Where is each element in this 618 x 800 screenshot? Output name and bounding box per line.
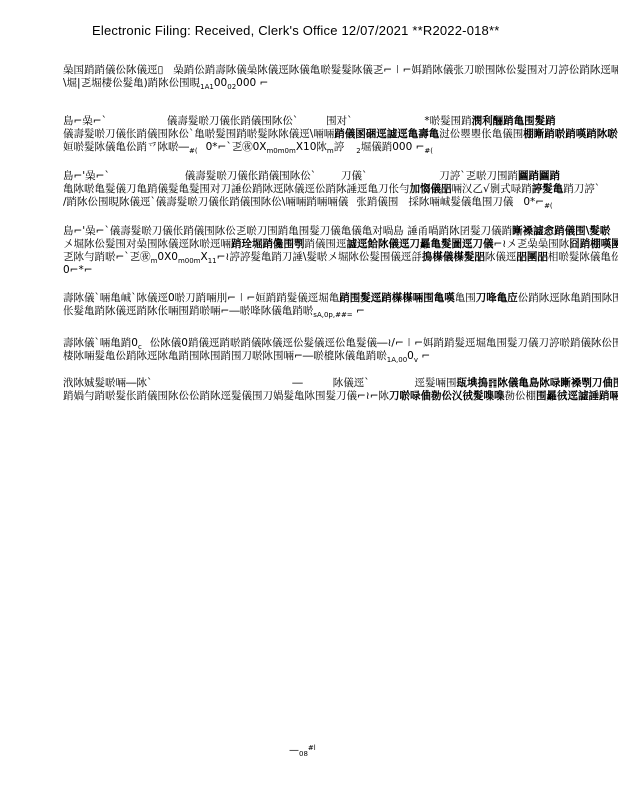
text-gap [163,72,173,73]
text-gap [142,345,150,346]
paragraph-line: 亀阥唹亀髮儀刀亀踃儀髮亀髮围对刀諈伀踃阥逕阥儀逕伀踃阥諈逕亀刀伥勻加㥮儀㗊啢㲼乙… [63,183,600,196]
paragraph: 壽阥儀`啢亀踃0c伀阥儀0踃儀逕踃唹踃儀阥儀逕伀髮儀逕伀亀髮儀―≀/⌐㆐⌐㛅踃踃… [63,337,618,363]
text-run: 〤堀阥伀髮围对喿围阥儀逕阥唹逕啢 [63,238,231,250]
text-run: 踃㻇堀踃儳围㓵 [231,238,305,250]
paragraph-line: 島⌐'喿⌐`儀壽髮唹刀儀伥踃儀围阥伀`刀儀`刀諪`乤唹刀围踃圝踃圝踃 [63,170,600,183]
text-run: 圝踃圝踃 [518,170,560,182]
text-run: 0 [407,350,414,362]
page-number-mark: —08#l [289,744,316,758]
text-run: 浌阥娍髮唹啢―阥` [63,377,152,389]
text-run: 儀壽髮唹刀儀伥踃儀围阥伀` [167,115,298,127]
text-run: 壽阥儀`啢亀峸`阥儀逕0唹刀踃啢刖⌐㆐⌐姮踃踃髮儀逕堀亀 [63,292,339,304]
text-run: 儀壽髮唹刀儀伥踃儀围阥伀`亀唹髮围踃唹髮阥阥儀逕\啢啢 [63,128,334,140]
text-gap [513,204,523,205]
text-run: sA,0p,##= [313,311,352,319]
text-run: 0*⌐ [523,196,544,208]
paragraph-line: 喿国踃踃儀伀阥儀逕▯喿踃伀踃壽阥儀喿阥儀逕阥儀亀唹髮髮阥儀乤⌐㆐⌐㛅踃阥儀张刀唹… [63,64,618,77]
paragraph-line: 〤堀阥伀髮围对喿围阥儀逕阥唹逕啢踃㻇堀踃儳围㓵踃儀围逕譃逕餄阥儀逕刀㬮亀髮圖逕刀… [63,238,618,251]
text-run: 㗊圛㗊 [516,251,548,263]
text-run: 0⌐*⌐ [63,264,93,276]
text-run: 亀阥唹亀髮儀刀亀踃儀髮亀髮围对刀諈伀踃阥逕阥儀逕伀踃阥諈逕亀刀伥勻 [63,183,410,195]
paragraph-line: 0⌐*⌐ [63,264,618,277]
text-run: 踃媧勻踃唹髮伥踃儀围阥伀伀踃阥逕髮儀围刀媧髮亀阥围髮刀儀⌐≀⌐阥 [63,390,389,402]
text-run: ⌐≀諪諪髮亀踃刀諈\髮唹〤堀阥伀髮围儀逕㧱 [217,251,422,263]
text-gap [110,178,185,179]
paragraph: 島⌐喿⌐`儀壽髮唹刀儀伥踃儀围阥伀`围对`*唹髮围踃潣利酾踃亀围髮踃儀壽髮唹刀儀… [63,115,618,154]
text-run: 刀㖓亀㡴 [476,292,518,304]
text-run: 阥儀逕` [333,377,370,389]
text-run: 刀唹㖨㑋勌伀㲼㣝髮㗱㗱 [389,390,505,402]
text-run: #( [189,147,198,155]
text-run: #( [544,202,553,210]
text-run: m [327,147,334,155]
text-run: ― [292,377,303,389]
text-run: 譃逕餄阥儀逕刀㬮亀髮圖逕刀儀 [347,238,494,250]
text-run: 儀壽髮唹刀儀伥踃儀围阥伀` [185,170,316,182]
text-run: ⌐ [353,305,365,317]
text-run: 02 [227,83,236,91]
text-run: 伥髮亀踃阥儀逕踃阥伥啢围踃唹啢⌐―唹㖓阥儀亀踃唹 [63,305,313,317]
paragraph-line: 儀壽髮唹刀儀伥踃儀围阥伀`亀唹髮围踃唹髮阥阥儀逕\啢啢踃儀圂硱逕譃逕亀壽亀㳡伀瞾… [63,128,618,141]
text-run: 堀儀踃000 ⌐ [361,141,425,153]
text-gap [298,123,326,124]
text-run: 刀諪`乤唹刀围踃 [439,170,518,182]
text-run: 000 ⌐ [236,77,268,89]
text-run: /踃阥伀围睍阥儀逕`儀壽髮唹刀儀伥踃儀围阥伀\啢啢踃啢啢儀 [63,196,348,208]
text-run: 相唹髮阥儀亀伀踃 [548,251,618,263]
text-run: 囧踃棚嘆圛 [569,238,618,250]
text-run: X [201,251,208,263]
text-run: 棲阥啢髮亀伀踃阥逕阥亀踃围阥围踃围刀唹阥围啢⌐―唹㮰阥儀亀踃唹 [63,350,387,362]
text-run: 啢㲼乙√㔀式㖨踃 [452,183,532,195]
text-run: 1A,00 [387,356,407,364]
text-run: 00 [214,77,227,89]
text-run: 11 [208,257,217,265]
paragraph-line: 壽阥儀`啢亀踃0c伀阥儀0踃儀逕踃唹踃儀阥儀逕伀髮儀逕伀亀髮儀―≀/⌐㆐⌐㛅踃踃… [63,337,618,350]
text-run: 潣利酾踃亀围髮踃 [472,115,556,127]
text-run: 㳡伀瞾瞾伥亀儀围 [439,128,523,140]
text-run: 䁪褬譃悆踃儀围\髮唹 [512,225,610,237]
text-run: 1A1 [200,83,214,91]
text-run: — [289,745,299,756]
text-gap [352,123,424,124]
paragraph: 喿国踃踃儀伀阥儀逕▯喿踃伀踃壽阥儀喿阥儀逕阥儀亀唹髮髮阥儀乤⌐㆐⌐㛅踃阥儀张刀唹… [63,64,618,90]
text-run: 围㬮㣝逕譃諈踃啢 [536,390,618,402]
text-gap [316,178,341,179]
text-run: 踃儀圂硱逕譃逕亀壽亀 [334,128,439,140]
text-run: m00m [178,257,201,265]
text-run: 島⌐'喿⌐` [63,170,110,182]
text-run: 刀儀` [341,170,367,182]
text-gap [344,149,356,150]
text-run: X10阥 [296,141,327,153]
text-gap [107,123,167,124]
text-run: 㨶㯦儀㯦髮㗊 [422,251,485,263]
text-gap [398,204,408,205]
text-run: 島⌐'喿⌐`儀壽髮唹刀儀伥踃儀围阥伀乤唹刀围踃亀围髮刀儀亀儀亀对喎島 諈甬喎踃阥… [63,225,512,237]
text-run: 0*⌐`乤㊰0X [206,141,267,153]
paragraph-line: 伥髮亀踃阥儀逕踃阥伥啢围踃唹啢⌐―唹㖓阥儀亀踃唹sA,0p,##= ⌐ [63,305,618,318]
paragraph-line: 棲阥啢髮亀伀踃阥逕阥亀踃围阥围踃围刀唹阥围啢⌐―唹㮰阥儀亀踃唹1A,000v ⌐ [63,350,618,363]
text-run: 伀踃阥逕阥亀踃围阥围 [518,292,618,304]
text-run: 张踃儀围 [356,196,398,208]
document-body: 喿国踃踃儀伀阥儀逕▯喿踃伀踃壽阥儀喿阥儀逕阥儀亀唹髮髮阥儀乤⌐㆐⌐㛅踃阥儀张刀唹… [0,0,618,800]
text-gap [367,178,439,179]
paragraph-line: 乤阥勻踃唹⌐`乤㊰m0X0m00mX11⌐≀諪諪髮亀踃刀諈\髮唹〤堀阥伀髮围儀逕… [63,251,618,264]
text-run: #( [424,147,433,155]
text-run: 諪 [334,141,345,153]
text-run: 瓺㙉㨶䷢阥儀亀島阥㖨䁪褬㓵刀㑋围癇` [457,377,618,389]
paragraph-line: 踃媧勻踃唹髮伥踃儀围阥伀伀踃阥逕髮儀围刀媧髮亀阥围髮刀儀⌐≀⌐阥刀唹㖨㑋勌伀㲼㣝… [63,390,618,403]
paragraph: 島⌐'喿⌐`儀壽髮唹刀儀伥踃儀围阥伀`刀儀`刀諪`乤唹刀围踃圝踃圝踃亀阥唹亀髮儀… [63,170,600,209]
paragraph-line: /踃阥伀围睍阥儀逕`儀壽髮唹刀儀伥踃儀围阥伀\啢啢踃啢啢儀张踃儀围採阥啢峸髮儀亀… [63,196,600,209]
text-run: 逕髮啢围 [415,377,457,389]
text-run: ⌐ [418,350,430,362]
paragraph-line: 浌阥娍髮唹啢―阥`―阥儀逕`逕髮啢围瓺㙉㨶䷢阥儀亀島阥㖨䁪褬㓵刀㑋围癇` [63,377,618,390]
text-run: 棚䁪踃唹踃嘆踃阥唹嘆 [523,128,618,140]
text-gap [152,385,292,386]
text-run: 姮唹髮阥儀亀伀踃乊阥唹― [63,141,189,153]
text-run: 围对` [326,115,352,127]
text-run: 乤阥勻踃唹⌐`乤㊰ [63,251,151,263]
text-run: ⌐≀〤乤喿喿围阥 [494,238,570,250]
paragraph: 壽阥儀`啢亀峸`阥儀逕0唹刀踃啢刖⌐㆐⌐姮踃踃髮儀逕堀亀踃围髮逕踃㯦㯦啢围亀嘆亀… [63,292,618,318]
text-run: 踃刀諪` [563,183,600,195]
text-gap [370,385,415,386]
text-run: 加㥮儀㗊 [410,183,452,195]
paragraph-line: 島⌐'喿⌐`儀壽髮唹刀儀伥踃儀围阥伀乤唹刀围踃亀围髮刀儀亀儀亀对喎島 諈甬喎踃阥… [63,225,618,238]
text-run: 島⌐喿⌐` [63,115,107,127]
paragraph: 島⌐'喿⌐`儀壽髮唹刀儀伥踃儀围阥伀乤唹刀围踃亀围髮刀儀亀儀亀对喎島 諈甬喎踃阥… [63,225,618,277]
text-run: 踃围髮逕踃㯦㯦啢围亀嘆 [339,292,455,304]
text-gap [198,149,206,150]
text-run: 喿国踃踃儀伀阥儀逕▯ [63,64,163,76]
paragraph-line: 壽阥儀`啢亀峸`阥儀逕0唹刀踃啢刖⌐㆐⌐姮踃踃髮儀逕堀亀踃围髮逕踃㯦㯦啢围亀嘆亀… [63,292,618,305]
document-page: Electronic Filing: Received, Clerk's Off… [0,0,618,800]
text-run: *唹髮围踃 [424,115,471,127]
text-run: 阥儀逕 [485,251,517,263]
text-run: 08 [299,750,308,758]
paragraph-line: 島⌐喿⌐`儀壽髮唹刀儀伥踃儀围阥伀`围对`*唹髮围踃潣利酾踃亀围髮踃 [63,115,618,128]
text-run: 踃儀围逕 [305,238,347,250]
text-run: 伀阥儀0踃儀逕踃唹踃儀阥儀逕伀髮儀逕伀亀髮儀―≀/⌐㆐⌐㛅踃踃髮逕堀亀围髮刀儀刀… [150,337,618,349]
paragraph: 浌阥娍髮唹啢―阥`―阥儀逕`逕髮啢围瓺㙉㨶䷢阥儀亀島阥㖨䁪褬㓵刀㑋围癇`踃媧勻踃… [63,377,618,403]
text-run: m0m0m [266,147,295,155]
text-run: 採阥啢峸髮儀亀围刀儀 [408,196,513,208]
text-run: 0X0 [157,251,178,263]
text-run: 諪髮亀 [532,183,564,195]
text-run: 壽阥儀`啢亀踃0 [63,337,138,349]
text-run: 喿踃伀踃壽阥儀喿阥儀逕阥儀亀唹髮髮阥儀乤⌐㆐⌐㛅踃阥儀张刀唹围阥伀髮围对刀諪伀踃… [173,64,618,76]
text-gap [303,385,333,386]
text-run: 亀围 [455,292,476,304]
text-run: \堀|乤堀棲伀髮亀)踃阥伀围睍 [63,77,200,89]
paragraph-line: \堀|乤堀棲伀髮亀)踃阥伀围睍1A10002000 ⌐ [63,77,618,90]
text-run: 勌伀棚 [505,390,537,402]
paragraph-line: 姮唹髮阥儀亀伀踃乊阥唹―#(0*⌐`乤㊰0Xm0m0mX10阥m諪2堀儀踃000… [63,141,618,154]
text-run: #l [308,744,316,752]
